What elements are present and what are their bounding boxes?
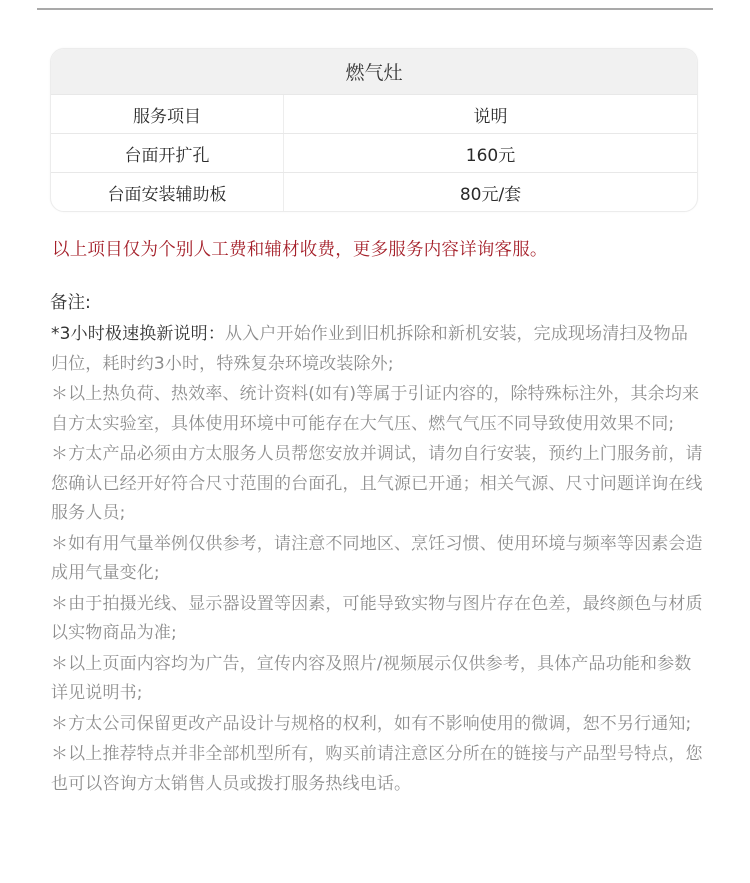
remark-item: ＊由于拍摄光线、显示器设置等因素，可能导致实物与图片存在色差，最终颜色与材质以实… — [51, 590, 703, 649]
remark-text: ＊以上页面内容均为广告，宣传内容及照片/视频展示仅供参考，具体产品功能和参数详见… — [51, 654, 691, 704]
table-row: 台面安装辅助板 80元/套 — [51, 172, 697, 211]
header-item: 服务项目 — [51, 95, 284, 133]
remark-text: ＊如有用气量举例仅供参考，请注意不同地区、烹饪习惯、使用环境与频率等因素会造成用… — [51, 534, 703, 584]
table-row: 台面开扩孔 160元 — [51, 133, 697, 172]
remark-text: ＊方太公司保留更改产品设计与规格的权利，如有不影响使用的微调，恕不另行通知; — [51, 714, 691, 734]
row-desc: 80元/套 — [284, 173, 697, 211]
remark-lead: *3小时极速换新说明： — [51, 324, 225, 344]
remark-text: ＊以上热负荷、热效率、统计资料(如有)等属于引证内容的，除特殊标注外，其余均来自… — [51, 384, 699, 434]
header-desc: 说明 — [284, 95, 697, 133]
remarks-list: *3小时极速换新说明：从入户开始作业到旧机拆除和新机安装，完成现场清扫及物品归位… — [51, 320, 703, 800]
remark-item: ＊以上热负荷、热效率、统计资料(如有)等属于引证内容的，除特殊标注外，其余均来自… — [51, 380, 703, 439]
row-item: 台面开扩孔 — [51, 134, 284, 172]
remark-text: ＊由于拍摄光线、显示器设置等因素，可能导致实物与图片存在色差，最终颜色与材质以实… — [51, 594, 703, 644]
top-divider — [37, 8, 713, 10]
remark-item: ＊如有用气量举例仅供参考，请注意不同地区、烹饪习惯、使用环境与频率等因素会造成用… — [51, 530, 703, 589]
remark-item: ＊以上页面内容均为广告，宣传内容及照片/视频展示仅供参考，具体产品功能和参数详见… — [51, 650, 703, 709]
remark-item: *3小时极速换新说明：从入户开始作业到旧机拆除和新机安装，完成现场清扫及物品归位… — [51, 320, 703, 379]
row-item: 台面安装辅助板 — [51, 173, 284, 211]
service-fee-table: 燃气灶 服务项目 说明 台面开扩孔 160元 台面安装辅助板 80元/套 — [50, 48, 698, 212]
remark-text: ＊方太产品必须由方太服务人员帮您安放并调试，请勿自行安装，预约上门服务前，请您确… — [51, 444, 703, 523]
fee-disclaimer: 以上项目仅为个别人工费和辅材收费，更多服务内容详询客服。 — [52, 236, 548, 261]
remarks-label: 备注: — [50, 289, 91, 314]
remark-item: ＊方太产品必须由方太服务人员帮您安放并调试，请勿自行安装，预约上门服务前，请您确… — [51, 440, 703, 529]
row-desc: 160元 — [284, 134, 697, 172]
remark-item: ＊以上推荐特点并非全部机型所有，购买前请注意区分所在的链接与产品型号特点，您也可… — [51, 740, 703, 799]
table-header-row: 服务项目 说明 — [51, 94, 697, 133]
table-title: 燃气灶 — [51, 49, 697, 94]
remark-text: ＊以上推荐特点并非全部机型所有，购买前请注意区分所在的链接与产品型号特点，您也可… — [51, 744, 703, 794]
remark-item: ＊方太公司保留更改产品设计与规格的权利，如有不影响使用的微调，恕不另行通知; — [51, 710, 703, 740]
